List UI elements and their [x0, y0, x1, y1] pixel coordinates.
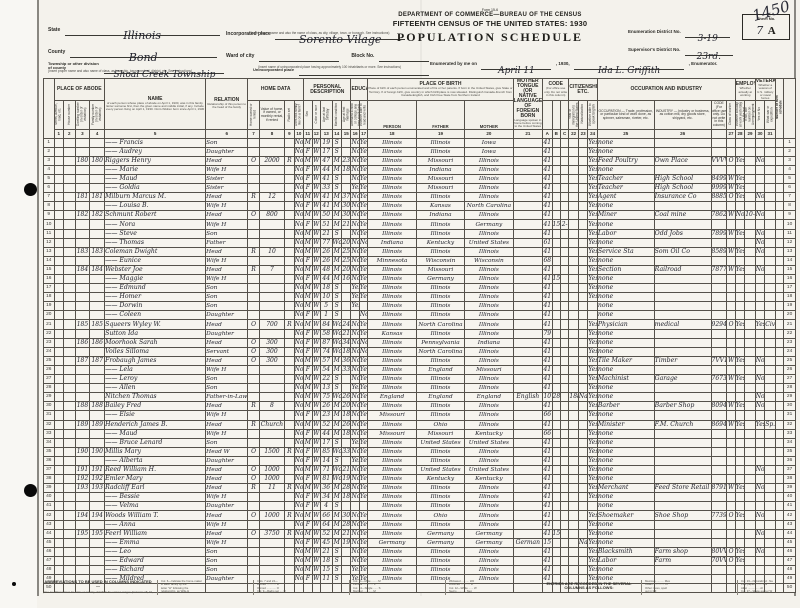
- cell-own: [248, 566, 260, 575]
- cell-bp: Illinois: [368, 375, 416, 384]
- cell-ocode: 80VV: [711, 547, 727, 556]
- cell-agem: [341, 502, 351, 511]
- cell-fam: [90, 456, 105, 465]
- cell-agem: 20: [341, 265, 351, 274]
- cell-rw: Yes: [359, 193, 367, 202]
- cell-radio: R: [285, 529, 294, 538]
- cell-ind: Farm shop: [654, 547, 711, 556]
- cell-line: 24: [44, 347, 55, 356]
- cell-ocode: 7899: [711, 229, 727, 238]
- cell-bm: Illinois: [465, 174, 513, 183]
- cell-ocode: [711, 529, 727, 538]
- cell-age: 64: [320, 520, 332, 529]
- cell-rline: 26: [784, 365, 796, 374]
- cell-value: [259, 184, 284, 193]
- cell-street: [54, 420, 63, 429]
- cell-ocode: [711, 465, 727, 474]
- cell-dwell: 182: [75, 211, 90, 220]
- col-c1: [543, 101, 552, 129]
- cell-name: —— Leo: [105, 547, 206, 556]
- cell-occ: none: [597, 411, 654, 420]
- cell-line: 43: [44, 520, 55, 529]
- cell-radio: [285, 393, 294, 402]
- cell-rw: Yes: [359, 547, 367, 556]
- cell-eng: Yes: [588, 138, 598, 147]
- cell-mar: Wd: [332, 465, 341, 474]
- cell-bf: Illinois: [416, 247, 464, 256]
- cell-dwell: [75, 393, 90, 402]
- cell-house: [63, 566, 75, 575]
- cell-bm: North Carolina: [465, 202, 513, 211]
- cell-street: [54, 384, 63, 393]
- table-row: 44195195Feerl WilliamHeadO3750RNoMW52M21…: [44, 529, 796, 538]
- cell-line: 34: [44, 438, 55, 447]
- cell-rw: No: [359, 338, 367, 347]
- cell-value: 1000: [259, 465, 284, 474]
- cell-work: Yes: [735, 156, 744, 165]
- cell-relation: Son: [206, 284, 248, 293]
- cell-rw: No: [359, 347, 367, 356]
- cell-line: 42: [44, 511, 55, 520]
- table-row: 15184184Webster JoeHeadR7NoMW48M20NoYesI…: [44, 265, 796, 274]
- cell-work: [735, 502, 744, 511]
- cell-rw: Yes: [359, 184, 367, 193]
- cell-farm: No: [294, 438, 304, 447]
- cell-mar: S: [332, 438, 341, 447]
- cell-bf: Illinois: [416, 147, 464, 156]
- cell-farmno: [775, 429, 783, 438]
- cell-radio: [285, 284, 294, 293]
- cell-farmno: [775, 566, 783, 575]
- cell-eng: Yes: [588, 220, 598, 229]
- cell-c2: [552, 138, 560, 147]
- cell-bm: Illinois: [465, 456, 513, 465]
- cell-war: [765, 329, 776, 338]
- cell-mar: M: [332, 529, 341, 538]
- cell-work: Yes: [735, 193, 744, 202]
- cell-age: 33: [320, 184, 332, 193]
- cell-bf: North Carolina: [416, 320, 464, 329]
- cell-farm: No: [294, 320, 304, 329]
- cell-sex: M: [304, 420, 312, 429]
- cell-nat: [578, 211, 587, 220]
- cell-agem: 21: [341, 220, 351, 229]
- cell-cls: O: [727, 320, 735, 329]
- cell-age: 23: [320, 411, 332, 420]
- cell-street: [54, 429, 63, 438]
- cell-bm: Illinois: [465, 493, 513, 502]
- cell-house: [63, 384, 75, 393]
- col-ocode: CODE (For office use only. Do not write …: [711, 101, 727, 129]
- cell-imm: [569, 202, 578, 211]
- cell-age: 77: [320, 238, 332, 247]
- cell-bm: Wisconsin: [465, 256, 513, 265]
- sheet-value: 7: [756, 24, 763, 37]
- cell-relation: Son: [206, 229, 248, 238]
- cell-name: Coleman Dwight: [105, 247, 206, 256]
- cell-eng: Yes: [588, 238, 598, 247]
- cell-occ: none: [597, 256, 654, 265]
- cell-unemp: [745, 165, 756, 174]
- col-cls: Class of worker: [727, 101, 735, 129]
- cell-tongue: German: [513, 538, 542, 547]
- cell-sex: M: [304, 229, 312, 238]
- cell-nat: [578, 238, 587, 247]
- cell-war: [765, 356, 776, 365]
- cell-sex: F: [304, 347, 312, 356]
- cell-c3: [560, 393, 568, 402]
- cell-farm: No: [294, 220, 304, 229]
- table-row: 17—— EdmundSonNoMW18SYesYesIllinoisIllin…: [44, 284, 796, 293]
- cell-color: W: [312, 156, 320, 165]
- census-table: PLACE OF ABODENAMEof each person whose p…: [43, 78, 796, 593]
- table-row: 20—— ColeenDaughterNoFW1SNoIllinoisIllin…: [44, 311, 796, 320]
- cell-cls: W: [727, 184, 735, 193]
- cell-own: [248, 329, 260, 338]
- cell-occ: none: [597, 493, 654, 502]
- cell-value: Church: [259, 420, 284, 429]
- cell-radio: [285, 165, 294, 174]
- cell-bp: Illinois: [368, 502, 416, 511]
- cell-c2: [552, 338, 560, 347]
- cell-value: [259, 202, 284, 211]
- cell-occ: none: [597, 429, 654, 438]
- cell-ocode: [711, 502, 727, 511]
- cell-relation: Wife H: [206, 538, 248, 547]
- cell-color: W: [312, 284, 320, 293]
- cell-war: [765, 511, 776, 520]
- cell-work: [735, 329, 744, 338]
- cell-dwell: [75, 165, 90, 174]
- cell-own: [248, 275, 260, 284]
- cell-occ: none: [597, 384, 654, 393]
- cell-c2: [552, 429, 560, 438]
- cell-street: [54, 156, 63, 165]
- cell-war: [765, 484, 776, 493]
- cell-house: [63, 556, 75, 565]
- cell-c3: [560, 284, 568, 293]
- cell-work: [735, 338, 744, 347]
- cell-house: [63, 211, 75, 220]
- cell-vet: [755, 493, 764, 502]
- cell-ind: [654, 411, 711, 420]
- cell-house: [63, 447, 75, 456]
- cell-line: 11: [44, 229, 55, 238]
- cell-work: [735, 347, 744, 356]
- cell-c3: [560, 138, 568, 147]
- cell-ind: [654, 347, 711, 356]
- cell-unemp: [745, 393, 756, 402]
- cell-dwell: [75, 138, 90, 147]
- cell-c2: [552, 311, 560, 320]
- col-agem: Age at first marriage: [341, 101, 351, 129]
- entries-title: ENTRIES ARE RECORDED IN THE SEVERAL COLU…: [541, 580, 637, 595]
- cell-bp: Illinois: [368, 202, 416, 211]
- cell-work: No: [735, 211, 744, 220]
- cell-work: [735, 475, 744, 484]
- cell-farmno: [775, 174, 783, 183]
- cell-c3: [560, 493, 568, 502]
- cell-color: W: [312, 338, 320, 347]
- cell-occ: Agent: [597, 193, 654, 202]
- cell-c2: [552, 520, 560, 529]
- cell-dwell: 194: [75, 511, 90, 520]
- cell-imm: [569, 147, 578, 156]
- cell-farm: No: [294, 147, 304, 156]
- cell-occ: none: [597, 502, 654, 511]
- cell-ocode: [711, 393, 727, 402]
- cell-ind: [654, 566, 711, 575]
- cell-rline: 29: [784, 393, 796, 402]
- cell-work: Yes: [735, 402, 744, 411]
- cell-fam: [90, 229, 105, 238]
- cell-age: 26: [320, 402, 332, 411]
- col-fam: Family number (in order of visitation): [90, 101, 105, 129]
- cell-bm: Germany: [465, 538, 513, 547]
- cell-occ: none: [597, 520, 654, 529]
- cell-c1: 41: [543, 447, 552, 456]
- col-vet: Yes or No: [755, 101, 764, 129]
- cell-ind: [654, 238, 711, 247]
- abbreviation-column: Mexican .......... MexIndian ...........…: [641, 580, 733, 595]
- cell-tongue: [513, 138, 542, 147]
- cell-name: —— Maggie: [105, 275, 206, 284]
- cell-street: [54, 356, 63, 365]
- cell-vet: No: [755, 247, 764, 256]
- cell-c2: [552, 211, 560, 220]
- cell-war: [765, 293, 776, 302]
- cell-farmno: [775, 420, 783, 429]
- cell-value: [259, 547, 284, 556]
- abbreviation-column: Col. 6—Indicate the home-makerin each fa…: [157, 580, 249, 595]
- cell-nat: [578, 484, 587, 493]
- cell-unemp: [745, 320, 756, 329]
- cell-rline: 39: [784, 484, 796, 493]
- cell-work: Yes: [735, 484, 744, 493]
- cell-fam: [90, 520, 105, 529]
- cell-imm: [569, 365, 578, 374]
- cell-own: R: [248, 193, 260, 202]
- cell-name: Reed William H.: [105, 465, 206, 474]
- cell-name: —— Leroy: [105, 375, 206, 384]
- cell-farm: No: [294, 202, 304, 211]
- cell-imm: [569, 238, 578, 247]
- col-number-street: 1: [54, 129, 63, 138]
- col-number-relation: 6: [206, 129, 248, 138]
- cell-sex: F: [304, 365, 312, 374]
- cell-tongue: [513, 275, 542, 284]
- cell-farmno: [775, 238, 783, 247]
- cell-bf: Illinois: [416, 520, 464, 529]
- cell-ind: [654, 493, 711, 502]
- cell-age: 57: [320, 356, 332, 365]
- cell-mar: M: [332, 256, 341, 265]
- cell-radio: [285, 502, 294, 511]
- cell-ocode: [711, 365, 727, 374]
- cell-eng: [588, 302, 598, 311]
- cell-nat: Na: [578, 393, 587, 402]
- cell-bf: Illinois: [416, 547, 464, 556]
- cell-war: [765, 393, 776, 402]
- cell-age: 26: [320, 247, 332, 256]
- cell-farm: No: [294, 429, 304, 438]
- cell-street: [54, 329, 63, 338]
- cell-cls: [727, 256, 735, 265]
- cell-vet: [755, 447, 764, 456]
- cell-relation: Daughter: [206, 329, 248, 338]
- cell-own: O: [248, 447, 260, 456]
- cell-street: [54, 184, 63, 193]
- cell-sch: No: [351, 165, 359, 174]
- cell-radio: [285, 147, 294, 156]
- cell-work: [735, 365, 744, 374]
- cell-bf: Illinois: [416, 356, 464, 365]
- cell-sch: No: [351, 247, 359, 256]
- cell-c3: [560, 193, 568, 202]
- cell-unemp: [745, 538, 756, 547]
- cell-imm: [569, 420, 578, 429]
- cell-fam: [90, 547, 105, 556]
- cell-nat: [578, 247, 587, 256]
- cell-color: W: [312, 275, 320, 284]
- sd-value: 23rd.: [697, 52, 721, 62]
- cell-fam: 186: [90, 338, 105, 347]
- cell-ocode: 7VV1: [711, 356, 727, 365]
- cell-bf: Illinois: [416, 302, 464, 311]
- cell-farmno: [775, 375, 783, 384]
- cell-street: [54, 365, 63, 374]
- cell-bf: Germany: [416, 275, 464, 284]
- cell-color: W: [312, 529, 320, 538]
- col-group-education: EDUCATION: [351, 79, 368, 101]
- cell-relation: Head: [206, 193, 248, 202]
- cell-sch: No: [351, 265, 359, 274]
- cell-color: W: [312, 347, 320, 356]
- cell-relation: Son: [206, 384, 248, 393]
- cell-nat: [578, 284, 587, 293]
- cell-agem: 19: [341, 538, 351, 547]
- cell-rline: 8: [784, 202, 796, 211]
- cell-work: Yes: [735, 420, 744, 429]
- col-group-employment: EMPLOYMENTWhether actually at working: [735, 79, 755, 101]
- cell-vet: [755, 138, 764, 147]
- cell-rw: Yes: [359, 211, 367, 220]
- cell-color: W: [312, 493, 320, 502]
- cell-rw: [359, 302, 367, 311]
- cell-color: W: [312, 547, 320, 556]
- cell-ocode: [711, 384, 727, 393]
- col-number-imm: 22: [569, 129, 578, 138]
- cell-war: [765, 165, 776, 174]
- cell-line: 22: [44, 329, 55, 338]
- cell-bm: Illinois: [465, 347, 513, 356]
- cell-imm: 1884: [569, 393, 578, 402]
- cell-unemp: [745, 511, 756, 520]
- cell-relation: Son: [206, 302, 248, 311]
- cell-value: [259, 566, 284, 575]
- cell-occ: none: [597, 347, 654, 356]
- cell-ind: [654, 529, 711, 538]
- cell-nat: [578, 338, 587, 347]
- cell-unemp: [745, 302, 756, 311]
- cell-bf: Illinois: [416, 138, 464, 147]
- cell-bf: Illinois: [416, 456, 464, 465]
- col-number-c1: A: [543, 129, 552, 138]
- cell-name: Henderich James B.: [105, 420, 206, 429]
- cell-work: [735, 256, 744, 265]
- cell-eng: Yes: [588, 456, 598, 465]
- cell-tongue: [513, 238, 542, 247]
- cell-imm: [569, 475, 578, 484]
- cell-ind: [654, 302, 711, 311]
- cell-unemp: [745, 384, 756, 393]
- cell-fam: [90, 538, 105, 547]
- cell-color: W: [312, 174, 320, 183]
- cell-farm: No: [294, 456, 304, 465]
- cell-farm: No: [294, 293, 304, 302]
- cell-eng: Yes: [588, 184, 598, 193]
- cell-work: [735, 202, 744, 211]
- cell-own: [248, 411, 260, 420]
- cell-c2: [552, 247, 560, 256]
- cell-imm: [569, 502, 578, 511]
- cell-cls: [727, 411, 735, 420]
- cell-imm: [569, 184, 578, 193]
- cell-radio: [285, 247, 294, 256]
- cell-c3: [560, 456, 568, 465]
- cell-sex: F: [304, 220, 312, 229]
- col-value: Value of home, if owned, or monthly rent…: [259, 101, 284, 129]
- cell-ocode: [711, 329, 727, 338]
- cell-eng: Yes: [588, 465, 598, 474]
- cell-name: Millis Mary: [105, 447, 206, 456]
- state-label: State: [48, 27, 60, 33]
- cell-ocode: 8694: [711, 420, 727, 429]
- cell-own: [248, 174, 260, 183]
- cell-dwell: 181: [75, 193, 90, 202]
- cell-unemp: [745, 547, 756, 556]
- cell-own: R: [248, 420, 260, 429]
- col-number-ocode: [711, 129, 727, 138]
- cell-tongue: [513, 411, 542, 420]
- cell-imm: [569, 329, 578, 338]
- cell-dwell: [75, 411, 90, 420]
- cell-c1: 41: [543, 402, 552, 411]
- census-sheet: State Illinois County Bond Township or o…: [0, 0, 800, 608]
- cell-color: W: [312, 256, 320, 265]
- col-own: Home owned or rented: [248, 101, 260, 129]
- cell-nat: [578, 138, 587, 147]
- cell-dwell: 192: [75, 475, 90, 484]
- cell-nat: [578, 302, 587, 311]
- cell-bm: Missouri: [465, 365, 513, 374]
- cell-vet: No: [755, 238, 764, 247]
- cell-rw: [359, 502, 367, 511]
- cell-name: —— Francis: [105, 138, 206, 147]
- cell-tongue: [513, 184, 542, 193]
- cell-radio: [285, 138, 294, 147]
- cell-farm: No: [294, 493, 304, 502]
- cell-c3: [560, 529, 568, 538]
- cell-rline: 1: [784, 138, 796, 147]
- cell-sch: No: [351, 402, 359, 411]
- cell-bp: Kansas: [368, 329, 416, 338]
- cell-vet: No: [755, 193, 764, 202]
- cell-rw: Yes: [359, 138, 367, 147]
- cell-work: Yes: [735, 174, 744, 183]
- cell-imm: [569, 256, 578, 265]
- cell-c2: [552, 566, 560, 575]
